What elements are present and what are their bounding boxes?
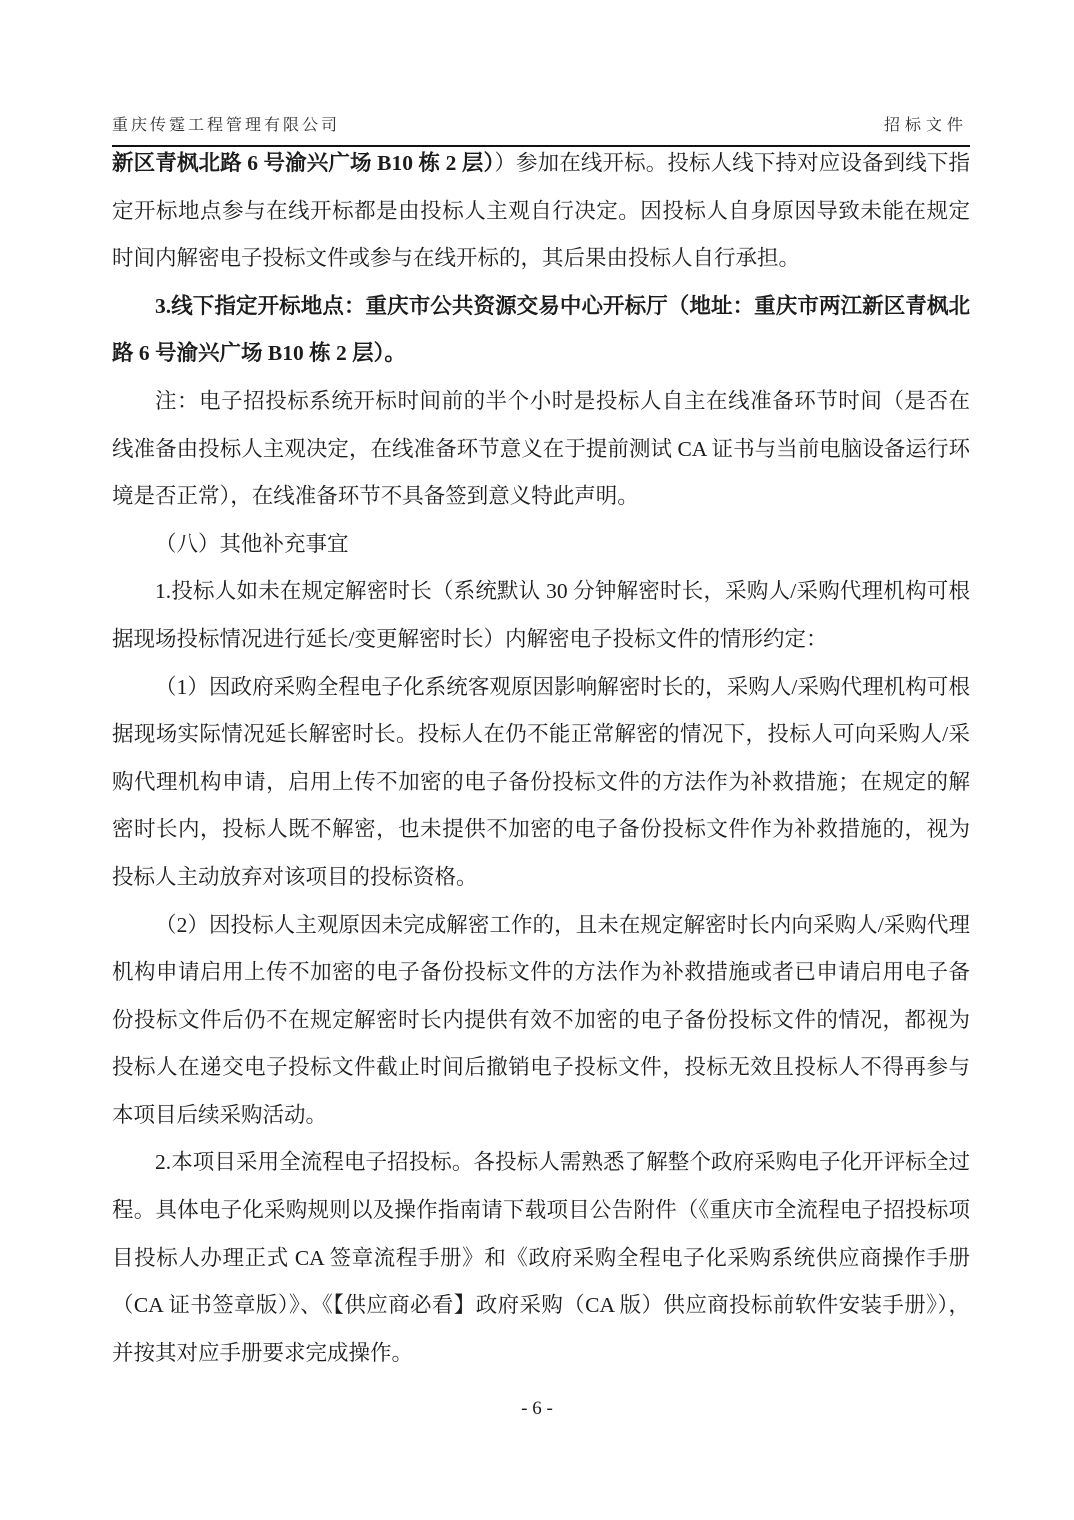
paragraph-decrypt-case-2: （2）因投标人主观原因未完成解密工作的，且未在规定解密时长内向采购人/采购代理机… [112, 902, 970, 1140]
document-body: 新区青枫北路 6 号渝兴广场 B10 栋 2 层））参加在线开标。投标人线下持对… [112, 140, 970, 1377]
page-header: 重庆传霆工程管理有限公司 招标文件 [112, 112, 968, 135]
section-heading-other-matters: （八）其他补充事宜 [112, 521, 970, 569]
paragraph-full-process-ebidding: 2.本项目采用全流程电子招投标。各投标人需熟悉了解整个政府采购电子化开评标全过程… [112, 1139, 970, 1377]
paragraph-decrypt-case-1: （1）因政府采购全程电子化系统客观原因影响解密时长的，采购人/采购代理机构可根据… [112, 664, 970, 902]
header-doc-type: 招标文件 [884, 112, 968, 135]
paragraph-continuation: 新区青枫北路 6 号渝兴广场 B10 栋 2 层））参加在线开标。投标人线下持对… [112, 140, 970, 283]
paragraph-offline-location: 3.线下指定开标地点：重庆市公共资源交易中心开标厅（地址：重庆市两江新区青枫北路… [112, 283, 970, 378]
page-number: - 6 - [521, 1398, 553, 1419]
document-page: 重庆传霆工程管理有限公司 招标文件 新区青枫北路 6 号渝兴广场 B10 栋 2… [0, 0, 1074, 1520]
paragraph-decrypt-rule-intro: 1.投标人如未在规定解密时长（系统默认 30 分钟解密时长，采购人/采购代理机构… [112, 568, 970, 663]
address-bold-text: 新区青枫北路 6 号渝兴广场 B10 栋 2 层） [112, 151, 494, 175]
header-company-name: 重庆传霆工程管理有限公司 [112, 112, 340, 135]
paragraph-note: 注：电子招投标系统开标时间前的半个小时是投标人自主在线准备环节时间（是否在线准备… [112, 378, 970, 521]
page-footer: - 6 - [0, 1398, 1074, 1420]
